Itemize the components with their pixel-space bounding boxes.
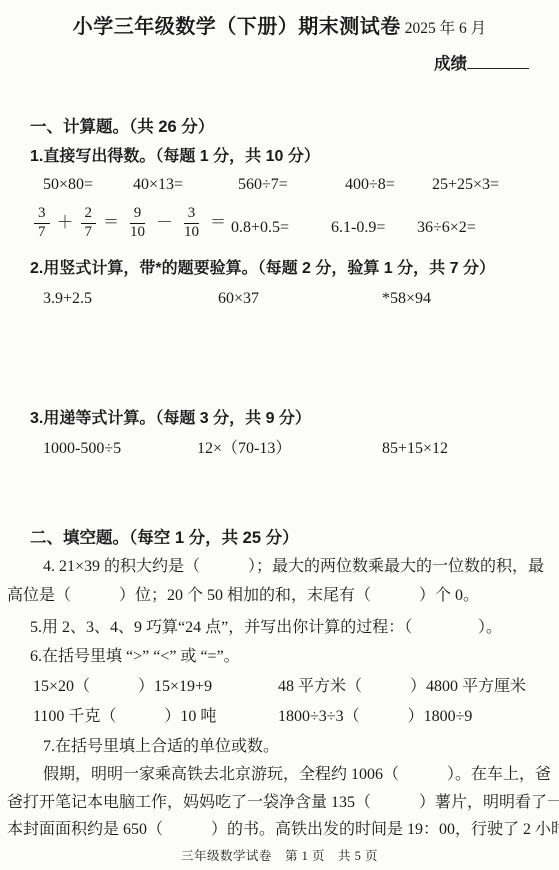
test-paper-page: 小学三年级数学（下册）期末测试卷2025 年 6 月 成绩 一、计算题。（共 2…	[0, 0, 559, 870]
fraction-numerator: 3	[34, 206, 50, 224]
q1-problem: 560÷7=	[238, 176, 288, 194]
fraction-numerator: 2	[81, 206, 97, 224]
paper-title-row: 小学三年级数学（下册）期末测试卷2025 年 6 月	[0, 16, 559, 39]
fraction-denominator: 7	[34, 224, 50, 241]
fraction: 9 10	[126, 206, 149, 241]
q1-problem: 50×80=	[43, 176, 93, 194]
q1-problem: 36÷6×2=	[417, 219, 476, 237]
q1-fraction-problem: 9 10 － 3 10 ＝	[126, 206, 226, 241]
equals-sign: ＝	[103, 214, 119, 232]
q7-text-line2: 爸打开笔记本电脑工作，妈妈吃了一袋净含量 135（ ）薯片，明明看了一	[7, 794, 559, 812]
q2-label: 2.用竖式计算，带*的题要验算。（每题 2 分，验算 1 分，共 7 分）	[30, 260, 495, 278]
paper-date: 2025 年 6 月	[405, 20, 486, 37]
fraction-numerator: 3	[184, 206, 200, 224]
q5-text: 5.用 2、3、4、9 巧算“24 点”，并写出你计算的过程：（	[30, 619, 412, 637]
score-field: 成绩	[434, 54, 529, 74]
q7-label: 7.在括号里填上合适的单位或数。	[43, 738, 279, 756]
q2-problem: 60×37	[218, 290, 259, 308]
q6-comparison: 1100 千克（ ）10 吨	[33, 708, 216, 726]
q2-problem: *58×94	[382, 290, 431, 308]
page-footer: 三年级数学试卷 第 1 页 共 5 页	[0, 849, 559, 863]
q1-problem: 400÷8=	[345, 176, 395, 194]
section2-heading: 二、填空题。（每空 1 分，共 25 分）	[30, 529, 299, 548]
q6-label: 6.在括号里填 “>” “<” 或 “=”。	[30, 648, 240, 666]
q3-problem: 85+15×12	[382, 440, 448, 458]
q4-text-line1: 4. 21×39 的积大约是（ ）；最大的两位数乘最大的一位数的积，最	[43, 558, 544, 576]
equals-sign: ＝	[210, 214, 226, 232]
q2-problem: 3.9+2.5	[43, 290, 92, 308]
q1-fraction-problem: 3 7 ＋ 2 7 ＝	[34, 206, 119, 241]
fraction: 3 7	[34, 206, 50, 241]
q1-problem: 0.8+0.5=	[231, 219, 289, 237]
paper-title: 小学三年级数学（下册）期末测试卷	[73, 16, 401, 38]
fraction-denominator: 10	[126, 224, 149, 241]
q3-problem: 12×（70-13）	[197, 440, 291, 458]
fraction: 2 7	[81, 206, 97, 241]
q7-text-line1: 假期，明明一家乘高铁去北京游玩，全程约 1006（ ）。在车上，爸	[43, 766, 551, 784]
fraction-denominator: 10	[180, 224, 203, 241]
q4-text-line2: 高位是（ ）位；20 个 50 相加的和，末尾有（ ）个 0。	[7, 587, 479, 605]
score-blank-line	[467, 54, 529, 69]
q3-problem: 1000-500÷5	[43, 440, 121, 458]
fraction-numerator: 9	[130, 206, 146, 224]
q6-comparison: 15×20（ ）15×19+9	[33, 678, 212, 696]
q1-problem: 25+25×3=	[432, 176, 499, 194]
q1-problem: 40×13=	[133, 176, 183, 194]
fraction-denominator: 7	[81, 224, 97, 241]
score-label: 成绩	[434, 55, 467, 73]
fraction: 3 10	[180, 206, 203, 241]
section1-heading: 一、计算题。（共 26 分）	[30, 118, 214, 137]
q1-label: 1.直接写出得数。（每题 1 分，共 10 分）	[30, 148, 320, 166]
q6-comparison: 48 平方米（ ）4800 平方厘米	[278, 678, 526, 696]
plus-operator: ＋	[57, 213, 74, 233]
q5-closing-paren: ）。	[478, 619, 502, 637]
q1-problem: 6.1-0.9=	[331, 219, 385, 237]
minus-operator: －	[156, 213, 173, 233]
q3-label: 3.用递等式计算。（每题 3 分，共 9 分）	[30, 410, 311, 428]
q6-comparison: 1800÷3÷3（ ）1800÷9	[278, 708, 472, 726]
q7-text-line3: 本封面面积约是 650（ ）的书。高铁出发的时间是 19：00，行驶了 2 小时	[7, 821, 559, 839]
